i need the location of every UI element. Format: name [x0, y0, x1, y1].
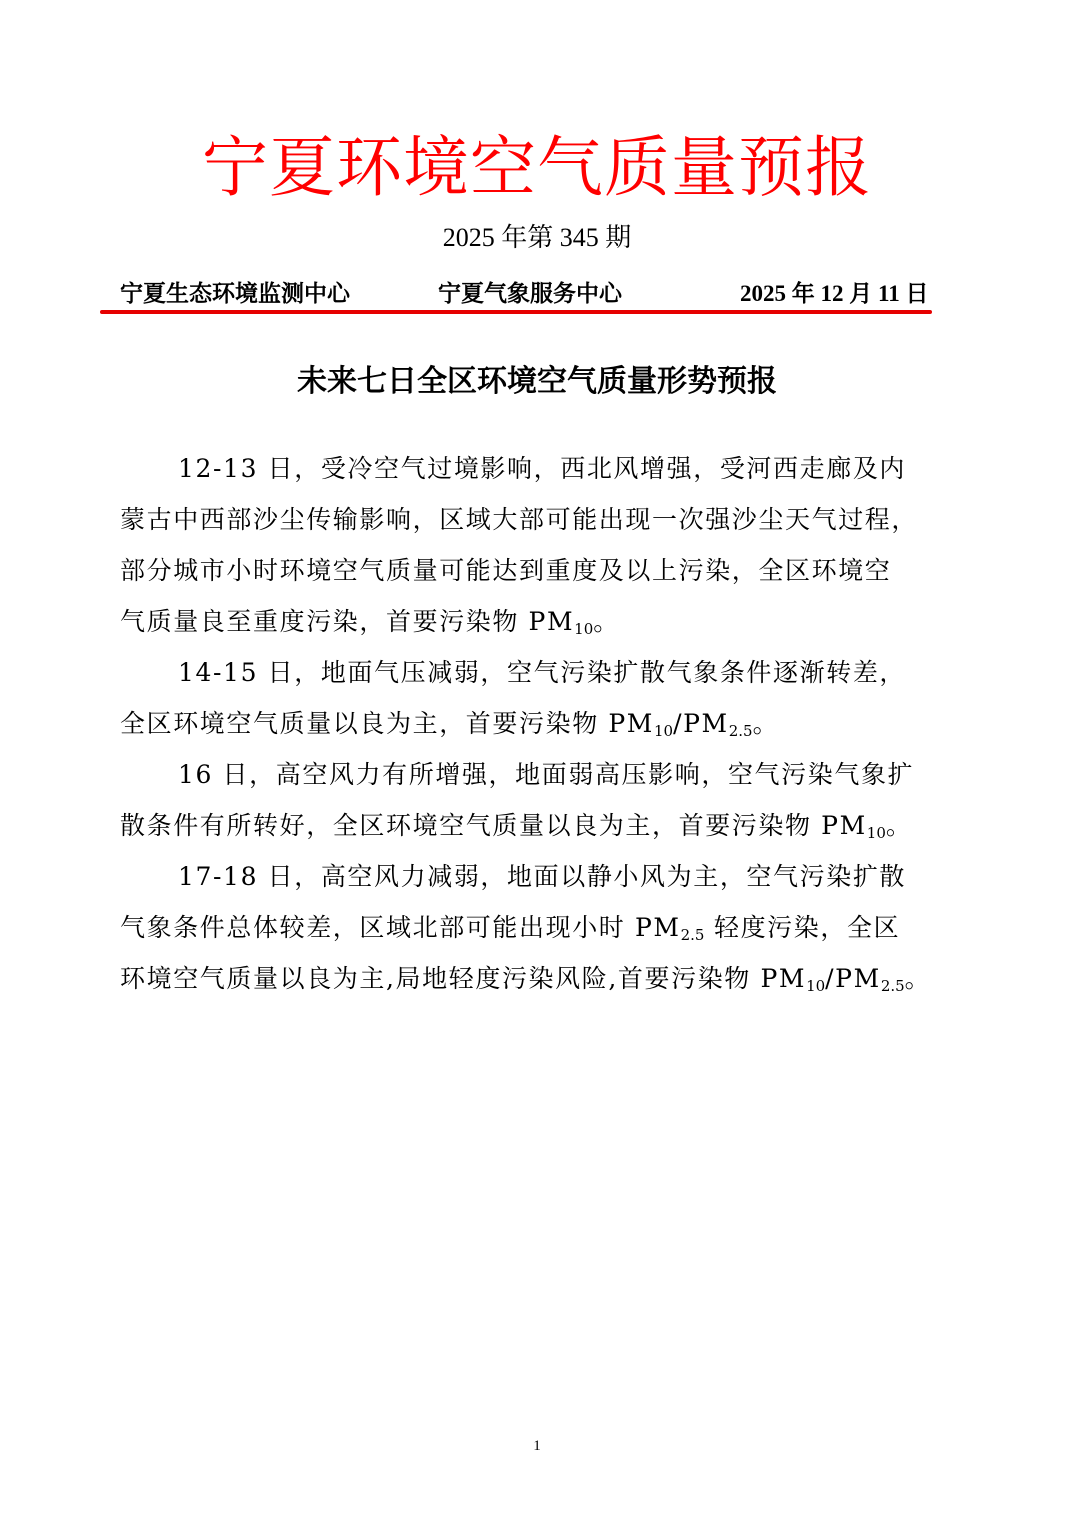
masthead-title: 宁夏环境空气质量预报 [0, 128, 1074, 208]
paragraph-line: 14-15 日，地面气压减弱，空气污染扩散气象条件逐渐转差， [120, 647, 980, 698]
paragraph-12-13: 12-13 日，受冷空气过境影响，西北风增强，受河西走廊及内 蒙古中西部沙尘传输… [120, 443, 980, 647]
paragraph-line: 气象条件总体较差，区域北部可能出现小时 PM2.5 轻度污染，全区 [120, 902, 980, 953]
paragraph-line: 气质量良至重度污染，首要污染物 PM10。 [120, 596, 980, 647]
paragraph-line: 17-18 日，高空风力减弱，地面以静小风为主，空气污染扩散 [120, 851, 980, 902]
paragraph-line: 蒙古中西部沙尘传输影响，区域大部可能出现一次强沙尘天气过程， [120, 494, 980, 545]
paragraph-16: 16 日，高空风力有所增强，地面弱高压影响，空气污染气象扩 散条件有所转好，全区… [120, 749, 980, 851]
issuer-line: 宁夏生态环境监测中心 宁夏气象服务中心 2025 年 12 月 11 日 [0, 276, 1074, 312]
red-divider [100, 310, 932, 314]
forecast-body: 12-13 日，受冷空气过境影响，西北风增强，受河西走廊及内 蒙古中西部沙尘传输… [120, 443, 980, 1004]
paragraph-line: 部分城市小时环境空气质量可能达到重度及以上污染，全区环境空 [120, 545, 980, 596]
paragraph-line: 全区环境空气质量以良为主，首要污染物 PM10/PM2.5。 [120, 698, 980, 749]
paragraph-line: 散条件有所转好，全区环境空气质量以良为主，首要污染物 PM10。 [120, 800, 980, 851]
section-title: 未来七日全区环境空气质量形势预报 [0, 360, 1074, 404]
issuer-meteorology-center: 宁夏气象服务中心 [438, 276, 622, 312]
paragraph-line: 环境空气质量以良为主,局地轻度污染风险,首要污染物 PM10/PM2.5。 [120, 953, 980, 1004]
page-number: 1 [0, 1436, 1074, 1456]
issue-number: 2025 年第 345 期 [0, 218, 1074, 258]
issuer-ecology-center: 宁夏生态环境监测中心 [120, 276, 350, 312]
paragraph-14-15: 14-15 日，地面气压减弱，空气污染扩散气象条件逐渐转差， 全区环境空气质量以… [120, 647, 980, 749]
issue-date: 2025 年 12 月 11 日 [740, 276, 928, 312]
paragraph-line: 12-13 日，受冷空气过境影响，西北风增强，受河西走廊及内 [120, 443, 980, 494]
paragraph-line: 16 日，高空风力有所增强，地面弱高压影响，空气污染气象扩 [120, 749, 980, 800]
paragraph-17-18: 17-18 日，高空风力减弱，地面以静小风为主，空气污染扩散 气象条件总体较差，… [120, 851, 980, 1004]
